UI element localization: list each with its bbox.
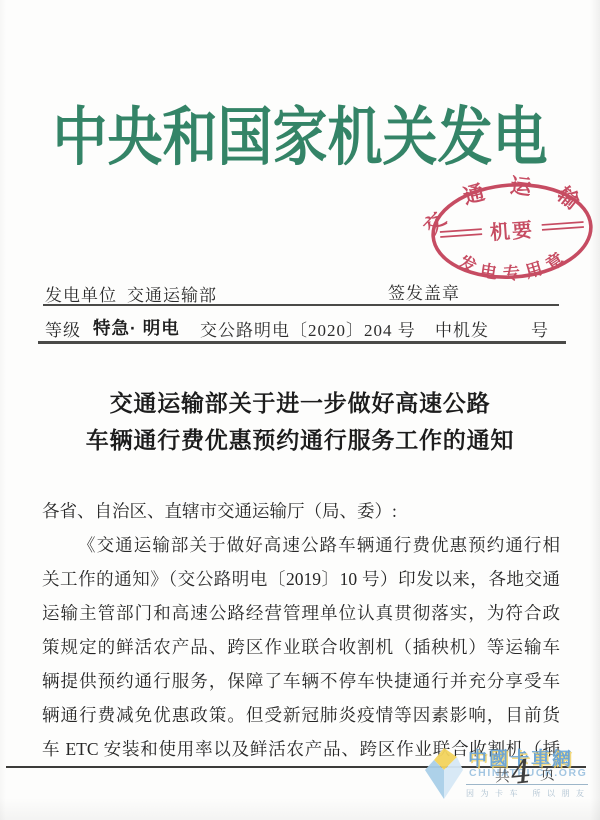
- body-line: 辆通行费减免优惠政策。但受新冠肺炎疫情等因素影响，目前货: [42, 698, 560, 732]
- ref-number-prefix: 中机发: [435, 316, 489, 341]
- official-seal-stamp: 交通运输 发电专用章 机要: [416, 170, 600, 296]
- body-line: 运输主管部门和高速公路经营管理单位认真贯彻落实，为符合政: [42, 596, 560, 630]
- form-rule-line-1: [43, 304, 559, 306]
- body-line: 关工作的通知》（交公路明电〔2019〕10 号）印发以来，各地交通: [42, 562, 560, 596]
- document-number: 交公路明电〔2020〕204 号: [200, 316, 416, 341]
- grade-label: 等级: [45, 316, 81, 341]
- body-line: 策规定的鲜活农产品、跨区作业联合收割机（插秧机）等运输车: [42, 630, 560, 664]
- body-line-salutation: 各省、自治区、直辖市交通运输厅（局、委）:: [42, 494, 560, 528]
- form-rule-line-2: [38, 341, 566, 344]
- watermark-tagline: 因为卡车 所以朋友: [466, 788, 591, 799]
- notice-title-line-1: 交通运输部关于进一步做好高速公路: [0, 385, 600, 418]
- body-line: 辆提供预约通行服务，保障了车辆不停车快捷通行并充分享受车: [42, 664, 560, 698]
- cube-logo-icon: [424, 747, 464, 801]
- signature-label: 签发盖章: [388, 279, 460, 304]
- watermark-site-url: CHINATRUCK.ORG: [469, 767, 587, 779]
- stamp-bottom-arc-text: 发电专用章: [454, 243, 574, 287]
- stamp-center-text: 机要: [489, 217, 535, 244]
- sender-value: 交通运输部: [127, 281, 217, 306]
- notice-body: 各省、自治区、直辖市交通运输厅（局、委）: 《交通运输部关于做好高速公路车辆通行…: [42, 494, 560, 766]
- priority-value: 特急· 明电: [93, 315, 180, 340]
- notice-title-line-2: 车辆通行费优惠预约通行服务工作的通知: [0, 422, 600, 455]
- ref-number-suffix: 号: [531, 316, 549, 341]
- sender-label: 发电单位: [45, 281, 117, 306]
- body-line: 《交通运输部关于做好高速公路车辆通行费优惠预约通行相: [42, 528, 560, 562]
- masthead-title: 中央和国家机关发电: [0, 86, 600, 178]
- scanned-official-document: 中央和国家机关发电 交通运输 发电专用章 机要 发电单位 交通运输部 签发盖章 …: [0, 0, 600, 820]
- watermark-logo: 中國卡車網 CHINATRUCK.ORG 因为卡车 所以朋友: [424, 744, 594, 806]
- watermark-divider-line: [466, 784, 588, 785]
